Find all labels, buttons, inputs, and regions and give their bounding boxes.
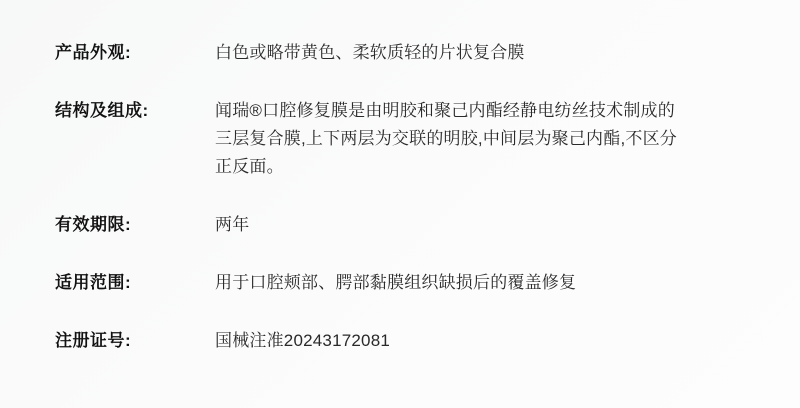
spec-label-shelf-life: 有效期限: [55,211,215,239]
spec-value-structure: 闻瑞®口腔修复膜是由明胶和聚己内酯经静电纺丝技术制成的三层复合膜,上下两层为交联… [215,97,690,181]
spec-row-structure: 结构及组成: 闻瑞®口腔修复膜是由明胶和聚己内酯经静电纺丝技术制成的三层复合膜,… [55,97,760,181]
spec-value-appearance: 白色或略带黄色、柔软质轻的片状复合膜 [215,39,690,67]
spec-row-appearance: 产品外观: 白色或略带黄色、柔软质轻的片状复合膜 [55,39,760,67]
spec-label-registration: 注册证号: [55,327,215,355]
spec-value-shelf-life: 两年 [215,211,690,239]
spec-row-registration: 注册证号: 国械注准20243172081 [55,327,760,355]
spec-label-structure: 结构及组成: [55,97,215,125]
spec-row-scope: 适用范围: 用于口腔颊部、腭部黏膜组织缺损后的覆盖修复 [55,269,760,297]
spec-value-registration: 国械注准20243172081 [215,327,690,355]
spec-value-scope: 用于口腔颊部、腭部黏膜组织缺损后的覆盖修复 [215,269,690,297]
product-spec-sheet: 产品外观: 白色或略带黄色、柔软质轻的片状复合膜 结构及组成: 闻瑞®口腔修复膜… [0,0,800,355]
spec-label-scope: 适用范围: [55,269,215,297]
spec-row-shelf-life: 有效期限: 两年 [55,211,760,239]
spec-label-appearance: 产品外观: [55,39,215,67]
